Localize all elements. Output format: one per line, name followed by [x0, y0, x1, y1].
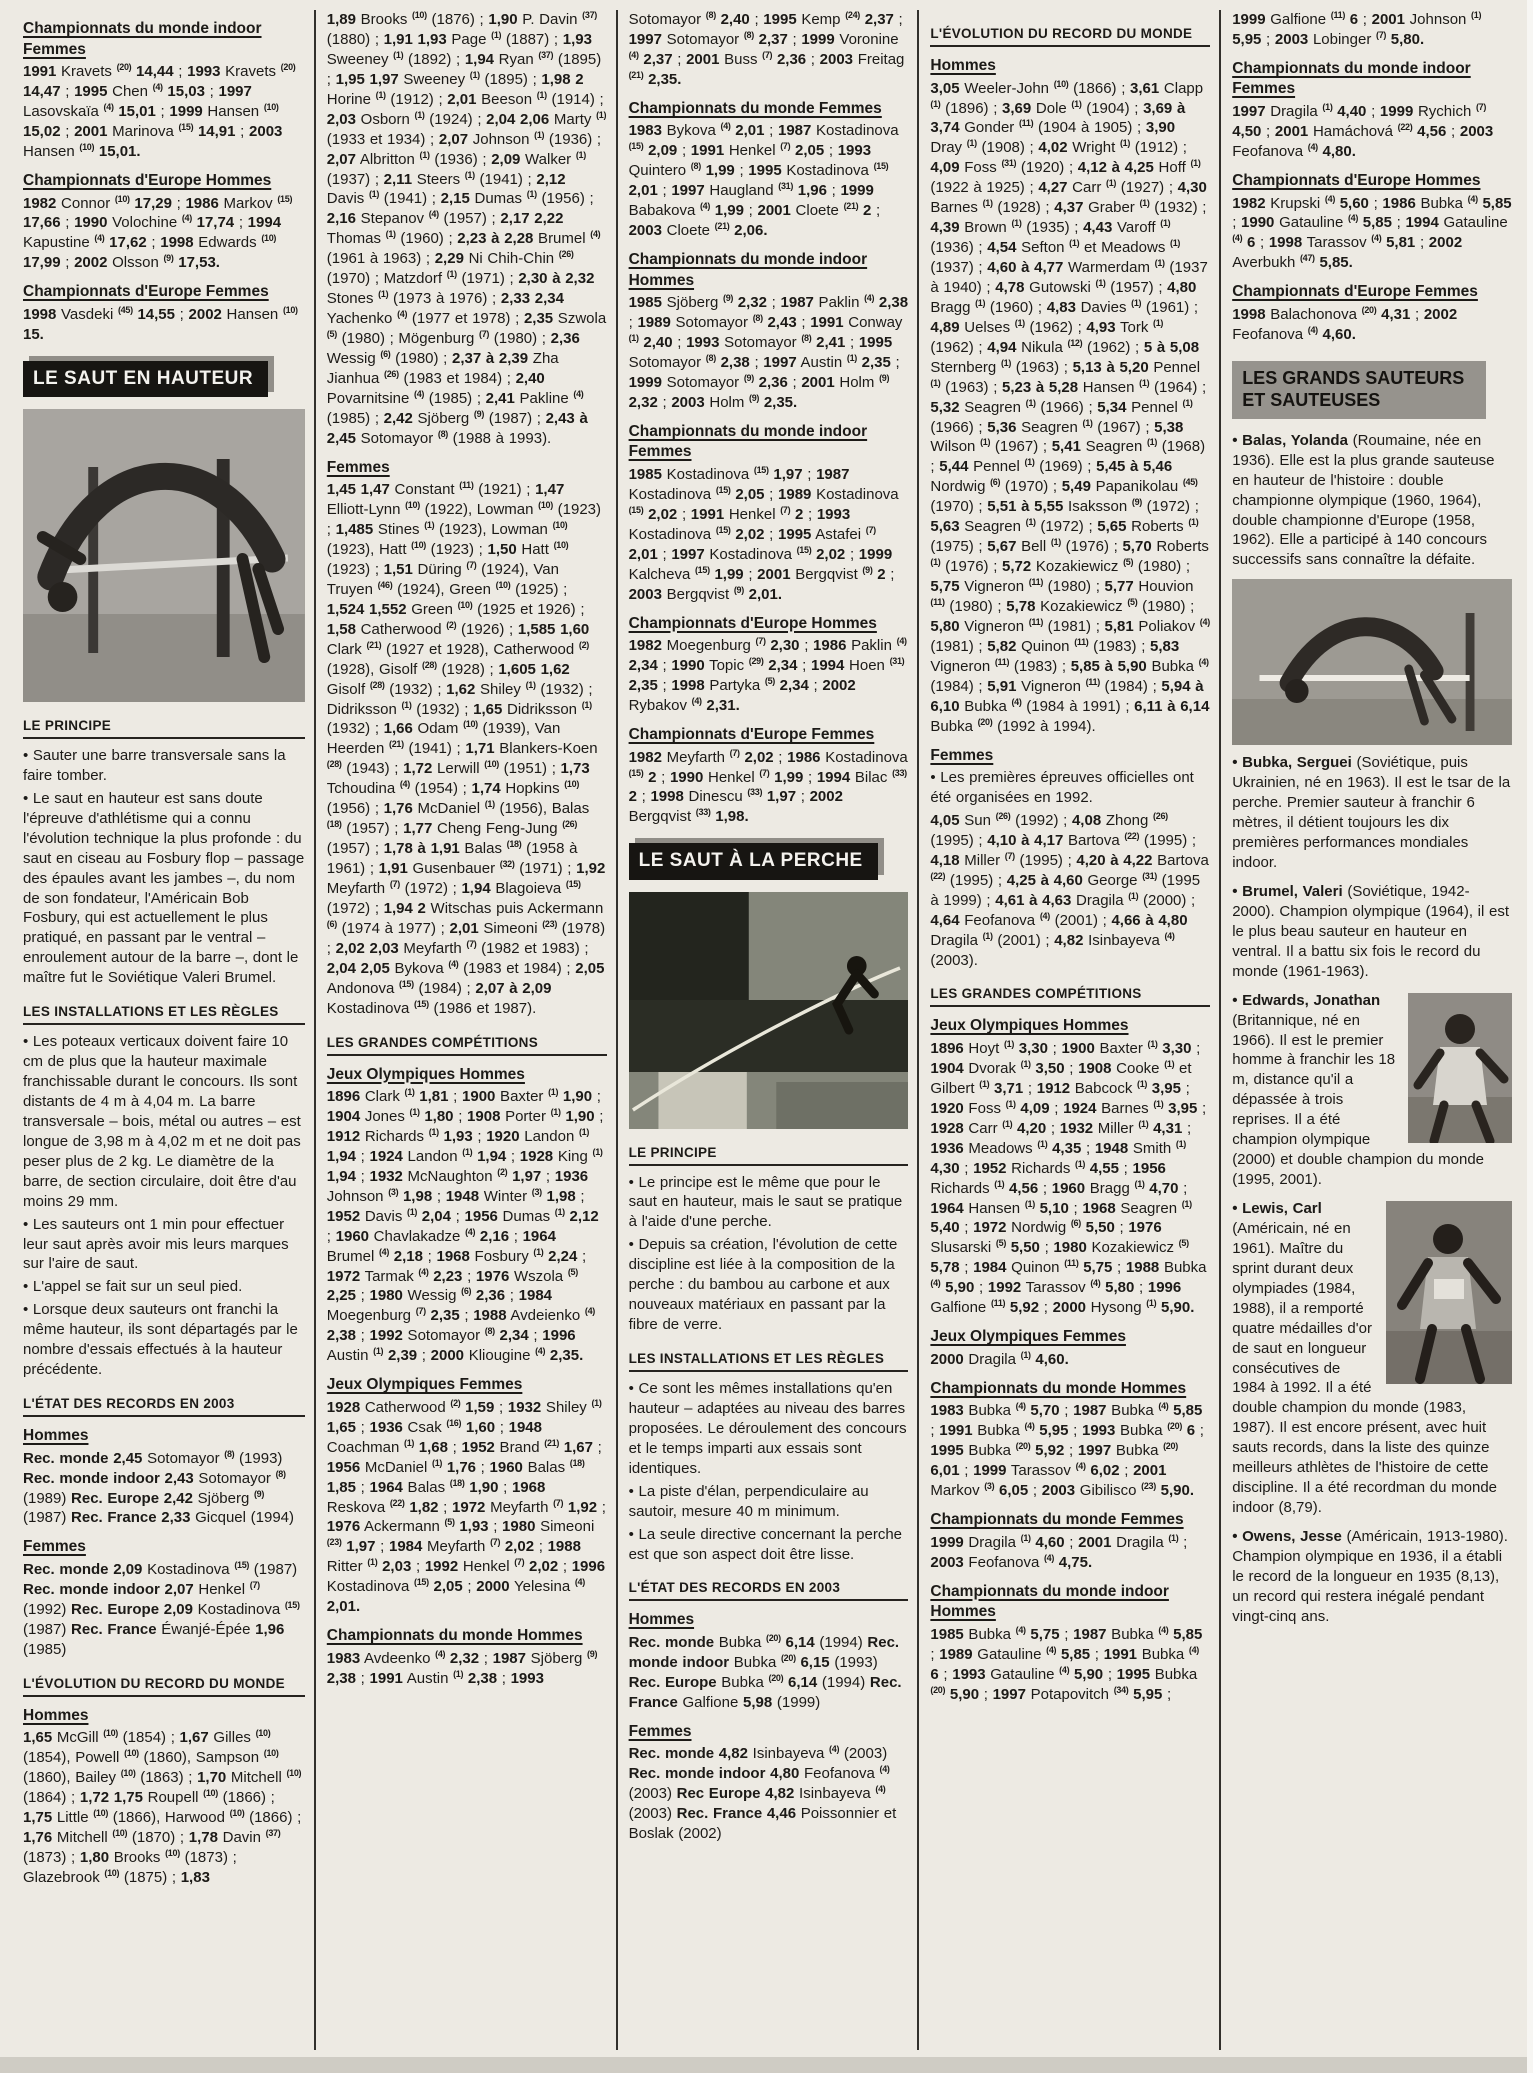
entry-group-heading: Championnats du monde Femmes [629, 99, 909, 120]
edwards-image [1408, 993, 1512, 1143]
entry-group-heading: Championnats d'Europe Hommes [23, 171, 305, 192]
edwards-photo [1408, 993, 1512, 1143]
entry-group-heading: Jeux Olympiques Femmes [327, 1375, 607, 1396]
record-label: Rec Europe [677, 1785, 761, 1802]
subsection-heading: L'ÉTAT DES RECORDS EN 2003 [23, 1395, 305, 1417]
entry-group-heading: Championnats du monde Hommes [327, 1626, 607, 1647]
column-2: 1,89 Brooks (10) (1876) ; 1,90 P. Davin … [314, 10, 616, 2050]
page-columns: Championnats du monde indoor Femmes1991 … [0, 0, 1533, 2050]
balas-image [1232, 579, 1512, 745]
text-paragraph: • Ce sont les mêmes installations qu'en … [629, 1379, 909, 1479]
text-paragraph: • Lorsque deux sauteurs ont franchi la m… [23, 1300, 305, 1380]
text-paragraph: • Les sauteurs ont 1 min pour effectuer … [23, 1215, 305, 1275]
records-paragraph: 1928 Catherwood (2) 1,59 ; 1932 Shiley (… [327, 1398, 607, 1617]
entry-group-heading: Jeux Olympiques Femmes [930, 1327, 1210, 1348]
records-paragraph: 1,89 Brooks (10) (1876) ; 1,90 P. Davin … [327, 10, 607, 449]
record-value: Bubka (20) 6,14 (1994) [719, 1634, 863, 1651]
record-value: 2,09 Kostadinova (15) (1987) [113, 1561, 297, 1578]
entry-group-heading: Championnats d'Europe Femmes [629, 725, 909, 746]
subsection-heading: LES GRANDES COMPÉTITIONS [327, 1034, 607, 1056]
section-banner: LE SAUT À LA PERCHE [629, 843, 878, 879]
records-paragraph: 1991 Kravets (20) 14,44 ; 1993 Kravets (… [23, 62, 305, 162]
subsection-heading: L'ÉTAT DES RECORDS EN 2003 [629, 1579, 909, 1601]
text-paragraph: • Depuis sa création, l'évolution de cet… [629, 1235, 909, 1335]
records-paragraph: 1998 Vasdeki (45) 14,55 ; 2002 Hansen (1… [23, 305, 305, 345]
entry-group-heading: Hommes [930, 56, 1210, 77]
entry-group-heading: Championnats du monde indoor Femmes [23, 19, 305, 60]
encyclopedia-page: { "page_kind": "athletics encyclopedia s… [0, 0, 1533, 2073]
athlete-bio: • Brumel, Valeri (Soviétique, 1942-2000)… [1232, 882, 1512, 982]
records-list: Rec. monde Bubka (20) 6,14 (1994) Rec. m… [629, 1633, 909, 1713]
balas-photo [1232, 579, 1512, 745]
records-paragraph: 1,65 McGill (10) (1854) ; 1,67 Gilles (1… [23, 1728, 305, 1888]
record-value: 2,45 Sotomayor (8) (1993) [113, 1450, 282, 1467]
record-label: Rec. monde [629, 1634, 715, 1651]
subsection-heading: L'ÉVOLUTION DU RECORD DU MONDE [23, 1675, 305, 1697]
entry-group-heading: Jeux Olympiques Hommes [327, 1065, 607, 1086]
athlete-bio: • Balas, Yolanda (Roumaine, née en 1936)… [1232, 431, 1512, 571]
text-paragraph: • L'appel se fait sur un seul pied. [23, 1277, 305, 1297]
record-label: Rec. monde indoor [629, 1765, 766, 1782]
scan-bottom-edge [0, 2057, 1533, 2073]
athlete-bio: • Owens, Jesse (Américain, 1913-1980). C… [1232, 1527, 1512, 1627]
records-paragraph: 1982 Moegenburg (7) 2,30 ; 1986 Paklin (… [629, 636, 909, 716]
records-paragraph: 1985 Sjöberg (9) 2,32 ; 1987 Paklin (4) … [629, 293, 909, 413]
record-label: Rec. Europe [629, 1674, 717, 1691]
record-label: Rec. France [677, 1805, 763, 1822]
text-paragraph: • Le principe est le même que pour le sa… [629, 1173, 909, 1233]
entry-group-heading: Hommes [23, 1426, 305, 1447]
records-paragraph: 1999 Dragila (1) 4,60 ; 2001 Dragila (1)… [930, 1533, 1210, 1573]
records-paragraph: 2000 Dragila (1) 4,60. [930, 1350, 1210, 1370]
record-label: Rec. France [71, 1509, 157, 1526]
records-paragraph: 1997 Dragila (1) 4,40 ; 1999 Rychich (7)… [1232, 102, 1512, 162]
entry-group-heading: Championnats du monde indoor Hommes [930, 1582, 1210, 1623]
athlete-name: • Bubka, Serguei [1232, 754, 1356, 771]
records-paragraph: 1985 Bubka (4) 5,75 ; 1987 Bubka (4) 5,8… [930, 1625, 1210, 1705]
athlete-name: • Edwards, Jonathan [1232, 992, 1380, 1009]
athlete-name: • Lewis, Carl [1232, 1200, 1322, 1217]
record-label: Rec. monde [629, 1745, 715, 1762]
entry-group-heading: Championnats d'Europe Hommes [1232, 171, 1512, 192]
entry-group-heading: Hommes [629, 1610, 909, 1631]
records-list: Rec. monde 2,09 Kostadinova (15) (1987) … [23, 1560, 305, 1660]
record-label: Rec. monde [23, 1561, 109, 1578]
section-banner: LES GRANDS SAUTEURS ET SAUTEUSES [1232, 361, 1486, 419]
subsection-heading: L'ÉVOLUTION DU RECORD DU MONDE [930, 25, 1210, 47]
record-label: Rec. monde indoor [23, 1470, 160, 1487]
text-paragraph: • Le saut en hauteur est sans doute l'ép… [23, 789, 305, 988]
high-jump-photo [23, 409, 305, 702]
athlete-bio: • Bubka, Serguei (Soviétique, puis Ukrai… [1232, 753, 1512, 873]
entry-group-heading: Championnats du monde indoor Hommes [629, 250, 909, 291]
pole-vaulter-image [629, 892, 909, 1129]
records-paragraph: 3,05 Weeler-John (10) (1866) ; 3,61 Clap… [930, 79, 1210, 737]
record-label: Rec. monde [23, 1450, 109, 1467]
column-5: 1999 Galfione (11) 6 ; 2001 Johnson (1) … [1219, 10, 1521, 2050]
records-paragraph: 1982 Krupski (4) 5,60 ; 1986 Bubka (4) 5… [1232, 194, 1512, 274]
records-paragraph: 1983 Bubka (4) 5,70 ; 1987 Bubka (4) 5,8… [930, 1401, 1210, 1501]
column-3: Sotomayor (8) 2,40 ; 1995 Kemp (24) 2,37… [616, 10, 918, 2050]
entry-group-heading: Championnats d'Europe Femmes [1232, 282, 1512, 303]
record-label: Rec. monde indoor [23, 1581, 160, 1598]
record-value: Galfione 5,98 (1999) [682, 1694, 820, 1711]
entry-group-heading: Championnats du monde indoor Femmes [629, 422, 909, 463]
athlete-name: • Owens, Jesse [1232, 1528, 1346, 1545]
lewis-image [1386, 1201, 1512, 1384]
entry-group-heading: Championnats du monde indoor Femmes [1232, 59, 1512, 100]
entry-group-heading: Championnats d'Europe Femmes [23, 282, 305, 303]
text-paragraph: • Les premières épreuves officielles ont… [930, 768, 1210, 808]
records-paragraph: 1982 Meyfarth (7) 2,02 ; 1986 Kostadinov… [629, 748, 909, 828]
subsection-heading: LE PRINCIPE [23, 717, 305, 739]
athlete-bio: • Edwards, Jonathan (Britannique, né en … [1232, 991, 1512, 1190]
records-paragraph: 1983 Bykova (4) 2,01 ; 1987 Kostadinova … [629, 121, 909, 241]
subsection-heading: LES GRANDES COMPÉTITIONS [930, 985, 1210, 1007]
entry-group-heading: Femmes [629, 1722, 909, 1743]
records-paragraph: 1985 Kostadinova (15) 1,97 ; 1987 Kostad… [629, 465, 909, 605]
records-paragraph: 1982 Connor (10) 17,29 ; 1986 Markov (15… [23, 194, 305, 274]
text-paragraph: • La piste d'élan, perpendiculaire au sa… [629, 1482, 909, 1522]
record-label: Rec. France [71, 1621, 157, 1638]
entry-group-heading: Championnats du monde Femmes [930, 1510, 1210, 1531]
subsection-heading: LES INSTALLATIONS ET LES RÈGLES [23, 1003, 305, 1025]
athlete-name: • Brumel, Valeri [1232, 883, 1347, 900]
record-label: Rec. Europe [71, 1490, 159, 1507]
lewis-photo [1386, 1201, 1512, 1384]
record-value: 2,33 Gicquel (1994) [161, 1509, 294, 1526]
subsection-heading: LE PRINCIPE [629, 1144, 909, 1166]
athlete-bio-text: (Soviétique, puis Ukrainien, né en 1963)… [1232, 754, 1510, 871]
records-paragraph: 1998 Balachonova (20) 4,31 ; 2002 Feofan… [1232, 305, 1512, 345]
entry-group-heading: Hommes [23, 1706, 305, 1727]
athlete-bio: • Lewis, Carl (Américain, né en 1961). M… [1232, 1199, 1512, 1518]
records-paragraph: 1896 Hoyt (1) 3,30 ; 1900 Baxter (1) 3,3… [930, 1039, 1210, 1318]
record-value: Bubka (20) 6,14 (1994) [721, 1674, 865, 1691]
records-paragraph: Sotomayor (8) 2,40 ; 1995 Kemp (24) 2,37… [629, 10, 909, 90]
entry-group-heading: Jeux Olympiques Hommes [930, 1016, 1210, 1037]
record-label: Rec. Europe [71, 1601, 159, 1618]
records-list: Rec. monde 2,45 Sotomayor (8) (1993) Rec… [23, 1449, 305, 1529]
entry-group-heading: Femmes [23, 1537, 305, 1558]
record-value: 4,82 Isinbayeva (4) (2003) [719, 1745, 887, 1762]
entry-group-heading: Championnats du monde Hommes [930, 1379, 1210, 1400]
athlete-name: • Balas, Yolanda [1232, 432, 1352, 449]
entry-group-heading: Femmes [930, 746, 1210, 767]
section-banner: LE SAUT EN HAUTEUR [23, 361, 268, 397]
records-paragraph: 4,05 Sun (26) (1992) ; 4,08 Zhong (26) (… [930, 811, 1210, 971]
entry-group-heading: Championnats d'Europe Hommes [629, 614, 909, 635]
entry-group-heading: Femmes [327, 458, 607, 479]
records-paragraph: 1,45 1,47 Constant (11) (1921) ; 1,47 El… [327, 480, 607, 1018]
high-jumper-image [23, 409, 305, 702]
column-1: Championnats du monde indoor Femmes1991 … [12, 10, 314, 2050]
records-list: Rec. monde 4,82 Isinbayeva (4) (2003) Re… [629, 1744, 909, 1844]
text-paragraph: • Sauter une barre transversale sans la … [23, 746, 305, 786]
athlete-bio-text: (Roumaine, née en 1936). Elle est la plu… [1232, 432, 1494, 569]
column-4: L'ÉVOLUTION DU RECORD DU MONDEHommes3,05… [917, 10, 1219, 2050]
records-paragraph: 1983 Avdeenko (4) 2,32 ; 1987 Sjöberg (9… [327, 1649, 607, 1689]
text-paragraph: • La seule directive concernant la perch… [629, 1525, 909, 1565]
records-paragraph: 1896 Clark (1) 1,81 ; 1900 Baxter (1) 1,… [327, 1087, 607, 1366]
scan-right-edge [1527, 0, 1533, 2073]
pole-vault-photo [629, 892, 909, 1129]
text-paragraph: • Les poteaux verticaux doivent faire 10… [23, 1032, 305, 1211]
subsection-heading: LES INSTALLATIONS ET LES RÈGLES [629, 1350, 909, 1372]
record-value: Bubka (20) 6,15 (1993) [734, 1654, 878, 1671]
records-paragraph: 1999 Galfione (11) 6 ; 2001 Johnson (1) … [1232, 10, 1512, 50]
